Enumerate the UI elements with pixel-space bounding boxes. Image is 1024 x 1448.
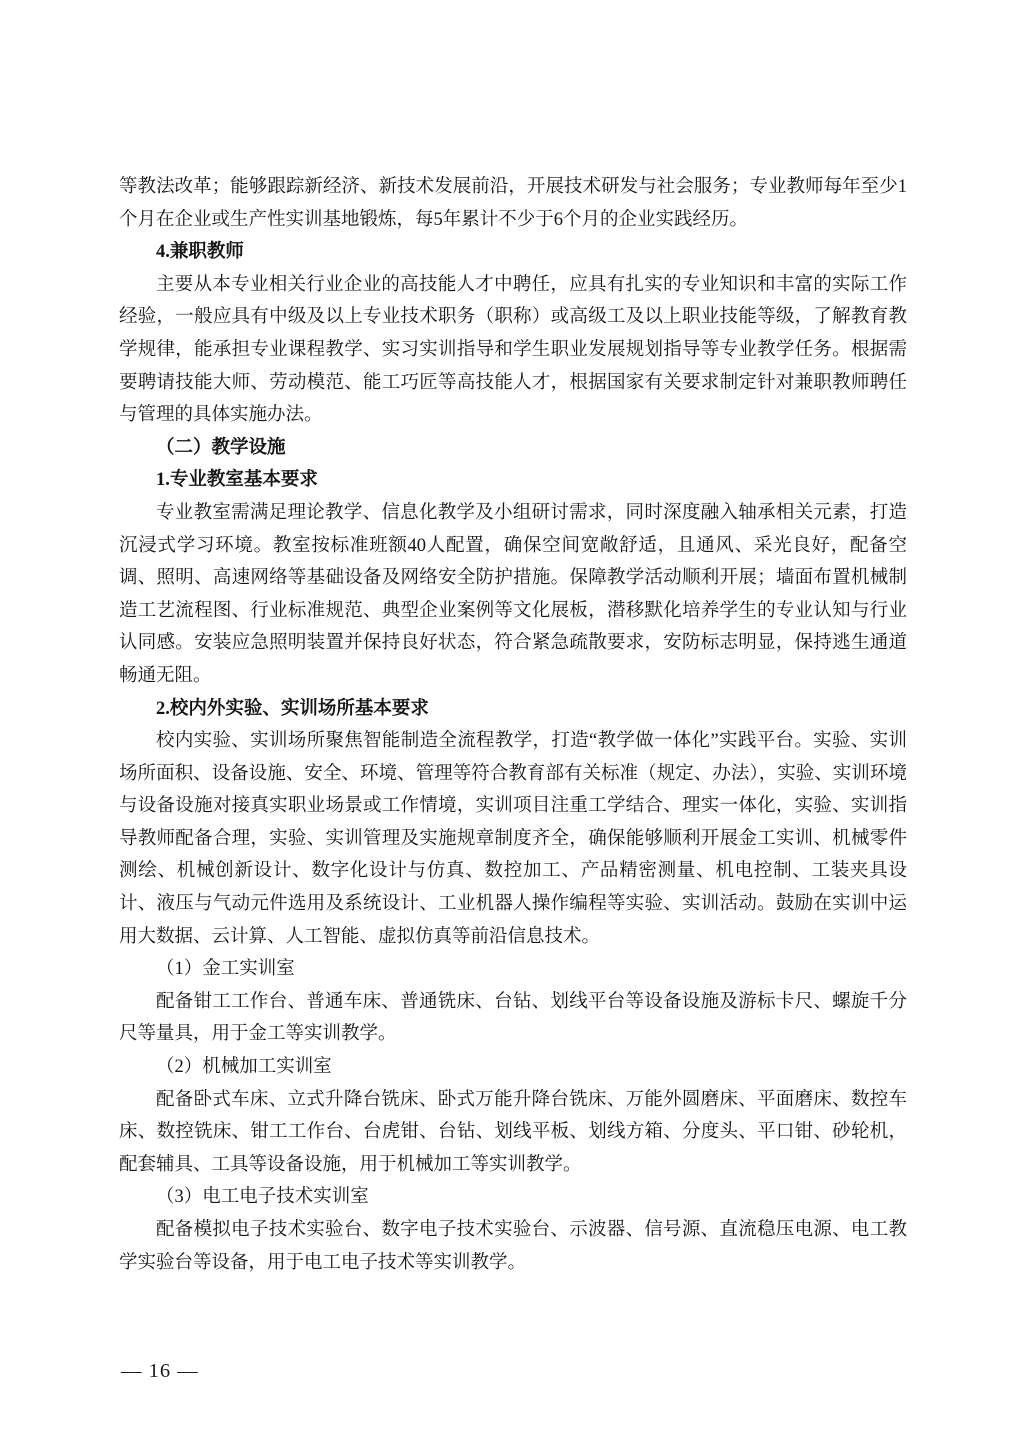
paragraph-machining-room: 配备卧式车床、立式升降台铣床、卧式万能升降台铣床、万能外圆磨床、平面磨床、数控车… [119, 1084, 907, 1182]
subheading-machining-room: （2）机械加工实训室 [119, 1051, 907, 1084]
subheading-metalwork-room: （1）金工实训室 [119, 953, 907, 986]
heading-teaching-facilities: （二）教学设施 [119, 432, 907, 465]
subheading-electronics-room: （3）电工电子技术实训室 [119, 1181, 907, 1214]
paragraph-electronics-room: 配备模拟电子技术实验台、数字电子技术实验台、示波器、信号源、直流稳压电源、电工教… [119, 1214, 907, 1279]
paragraph-training-sites: 校内实验、实训场所聚焦智能制造全流程教学，打造“教学做一体化”实践平台。实验、实… [119, 725, 907, 953]
heading-training-sites: 2.校内外实验、实训场所基本要求 [119, 693, 907, 726]
heading-parttime-teachers: 4.兼职教师 [119, 236, 907, 269]
paragraph-parttime-teachers: 主要从本专业相关行业企业的高技能人才中聘任，应具有扎实的专业知识和丰富的实际工作… [119, 269, 907, 432]
continuation-paragraph: 等教法改革；能够跟踪新经济、新技术发展前沿，开展技术研发与社会服务；专业教师每年… [119, 171, 907, 236]
heading-classroom-requirements: 1.专业教室基本要求 [119, 464, 907, 497]
paragraph-metalwork-room: 配备钳工工作台、普通车床、普通铣床、台钻、划线平台等设备设施及游标卡尺、螺旋千分… [119, 986, 907, 1051]
page-number: — 16 — [121, 1360, 199, 1383]
page-body-text: 等教法改革；能够跟踪新经济、新技术发展前沿，开展技术研发与社会服务；专业教师每年… [119, 171, 907, 1279]
paragraph-classroom-requirements: 专业教室需满足理论教学、信息化教学及小组研讨需求，同时深度融入轴承相关元素，打造… [119, 497, 907, 693]
document-page: 等教法改革；能够跟踪新经济、新技术发展前沿，开展技术研发与社会服务；专业教师每年… [0, 0, 1024, 1448]
